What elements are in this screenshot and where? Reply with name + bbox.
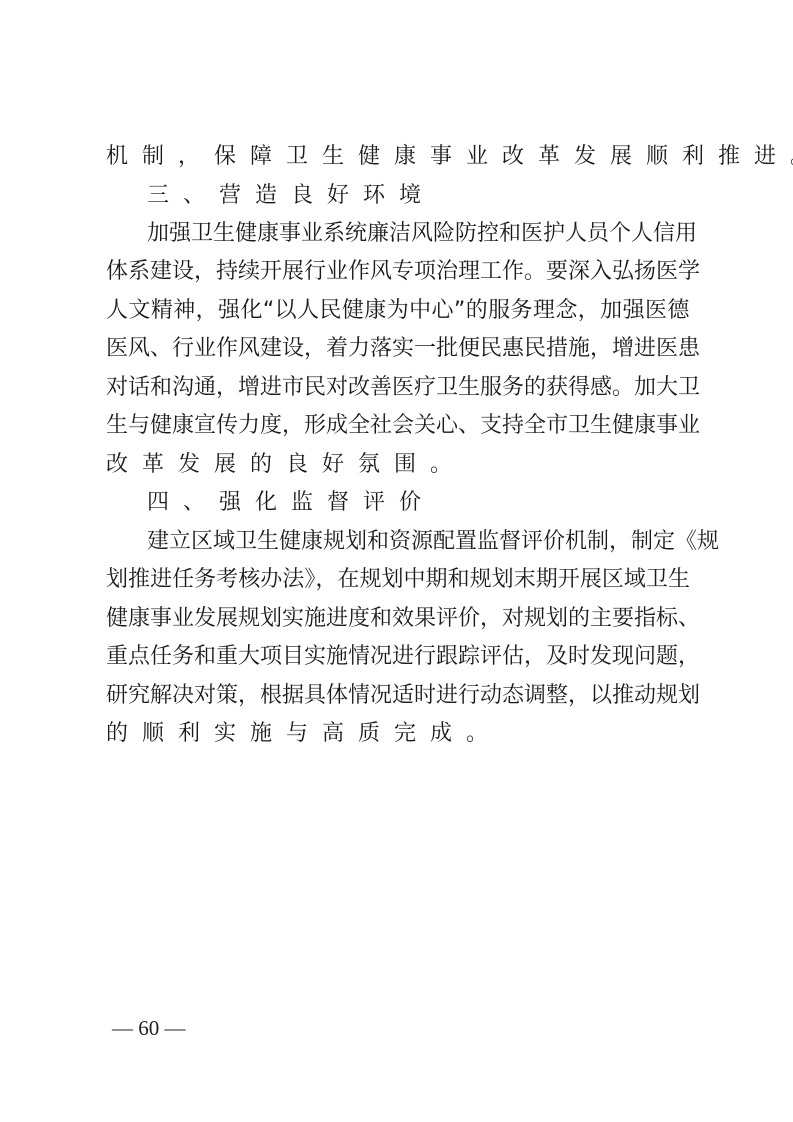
body-text-line: 的顺利实施与高质完成。 <box>106 719 696 749</box>
body-text-line: 机制，保障卫生健康事业改革发展顺利推进。 <box>106 142 696 172</box>
body-text-line: 生与健康宣传力度，形成全社会关心、支持全市卫生健康事业 <box>106 411 700 441</box>
body-text-line: 重点任务和重大项目实施情况进行跟踪评估，及时发现问题， <box>106 642 700 672</box>
body-text-line: 医风、行业作风建设，着力落实一批便民惠民措施，增进医患 <box>106 334 700 364</box>
body-text-line: 健康事业发展规划实施进度和效果评价，对规划的主要指标、 <box>106 604 700 634</box>
page-number: — 60 — <box>112 1016 186 1041</box>
body-text-line: 改革发展的良好氛围。 <box>106 450 696 480</box>
section-heading-4: 四、强化监督评价 <box>147 488 737 518</box>
body-text-line: 加强卫生健康事业系统廉洁风险防控和医护人员个人信用 <box>147 219 697 249</box>
body-text-line: 划推进任务考核办法》，在规划中期和规划末期开展区域卫生 <box>106 565 690 595</box>
body-text-line: 建立区域卫生健康规划和资源配置监督评价机制，制定《规 <box>147 527 719 557</box>
body-text-line: 研究解决对策，根据具体情况适时进行动态调整，以推动规划 <box>106 681 700 711</box>
body-text-line: 体系建设，持续开展行业作风专项治理工作。要深入弘扬医学 <box>106 257 700 287</box>
section-heading-3: 三、营造良好环境 <box>147 181 737 211</box>
document-page: 机制，保障卫生健康事业改革发展顺利推进。 三、营造良好环境 加强卫生健康事业系统… <box>0 0 793 1122</box>
body-text-line: 人文精神，强化“以人民健康为中心”的服务理念，加强医德 <box>106 296 690 326</box>
body-text-line: 对话和沟通，增进市民对改善医疗卫生服务的获得感。加大卫 <box>106 373 700 403</box>
